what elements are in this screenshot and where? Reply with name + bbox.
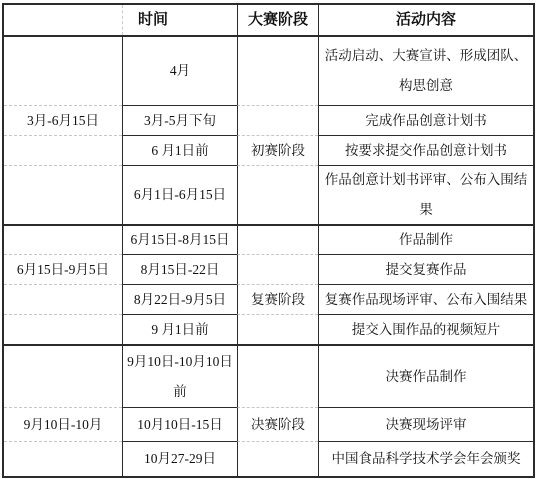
time-cell: 10月27-29日 <box>122 441 237 476</box>
time-cell: 9 月1日前 <box>122 314 237 344</box>
time-cell: 6月1日-6月15日 <box>122 165 237 224</box>
stage-spacer-final <box>237 441 318 476</box>
header-time: 时间 <box>122 5 237 35</box>
stage-cell-final: 决赛阶段 <box>237 407 318 441</box>
period-spacer-semifinal <box>4 314 122 344</box>
activity-cell: 决赛现场评审 <box>318 407 533 441</box>
activity-cell: 决赛作品制作 <box>318 344 533 407</box>
period-cell-final: 9月10日-10月 <box>4 407 122 441</box>
activity-cell: 提交入围作品的视频短片 <box>318 314 533 344</box>
stage-spacer-semifinal <box>237 254 318 284</box>
activity-cell: 作品创意计划书评审、公布入围结果 <box>318 165 533 224</box>
activity-cell: 作品制作 <box>318 224 533 254</box>
header-stage: 大赛阶段 <box>237 5 318 35</box>
period-cell-preliminary: 3月-6月15日 <box>4 105 122 135</box>
period-spacer-preliminary <box>4 135 122 165</box>
time-cell: 4月 <box>122 35 237 105</box>
period-spacer-semifinal <box>4 224 122 254</box>
time-cell: 8月22日-9月5日 <box>122 284 237 314</box>
stage-spacer-preliminary <box>237 105 318 135</box>
header-activity: 活动内容 <box>318 5 533 35</box>
period-cell-semifinal: 6月15日-9月5日 <box>4 254 122 284</box>
time-cell: 8月15日-22日 <box>122 254 237 284</box>
time-cell: 9月10日-10月10日前 <box>122 344 237 407</box>
activity-cell: 中国食品科学技术学会年会颁奖 <box>318 441 533 476</box>
stage-spacer-semifinal <box>237 224 318 254</box>
period-spacer-semifinal <box>4 284 122 314</box>
stage-cell-semifinal: 复赛阶段 <box>237 284 318 314</box>
activity-cell: 按要求提交作品创意计划书 <box>318 135 533 165</box>
time-cell: 10月10日-15日 <box>122 407 237 441</box>
stage-spacer-final <box>237 344 318 407</box>
period-spacer-final <box>4 441 122 476</box>
stage-spacer-preliminary <box>237 35 318 105</box>
period-spacer-preliminary <box>4 165 122 224</box>
period-spacer-final <box>4 344 122 407</box>
period-spacer-preliminary <box>4 35 122 105</box>
time-cell: 6 月1日前 <box>122 135 237 165</box>
stage-spacer-preliminary <box>237 165 318 224</box>
time-cell: 6月15日-8月15日 <box>122 224 237 254</box>
activity-cell: 提交复赛作品 <box>318 254 533 284</box>
activity-cell: 完成作品创意计划书 <box>318 105 533 135</box>
header-blank-cell <box>4 5 122 35</box>
time-cell: 3月-5月下旬 <box>122 105 237 135</box>
activity-cell: 活动启动、大赛宣讲、形成团队、构思创意 <box>318 35 533 105</box>
activity-cell: 复赛作品现场评审、公布入围结果 <box>318 284 533 314</box>
stage-cell-preliminary: 初赛阶段 <box>237 135 318 165</box>
stage-spacer-semifinal <box>237 314 318 344</box>
schedule-table: 时间 大赛阶段 活动内容 4月 活动启动、大赛宣讲、形成团队、构思创意 3月-6… <box>2 3 535 478</box>
